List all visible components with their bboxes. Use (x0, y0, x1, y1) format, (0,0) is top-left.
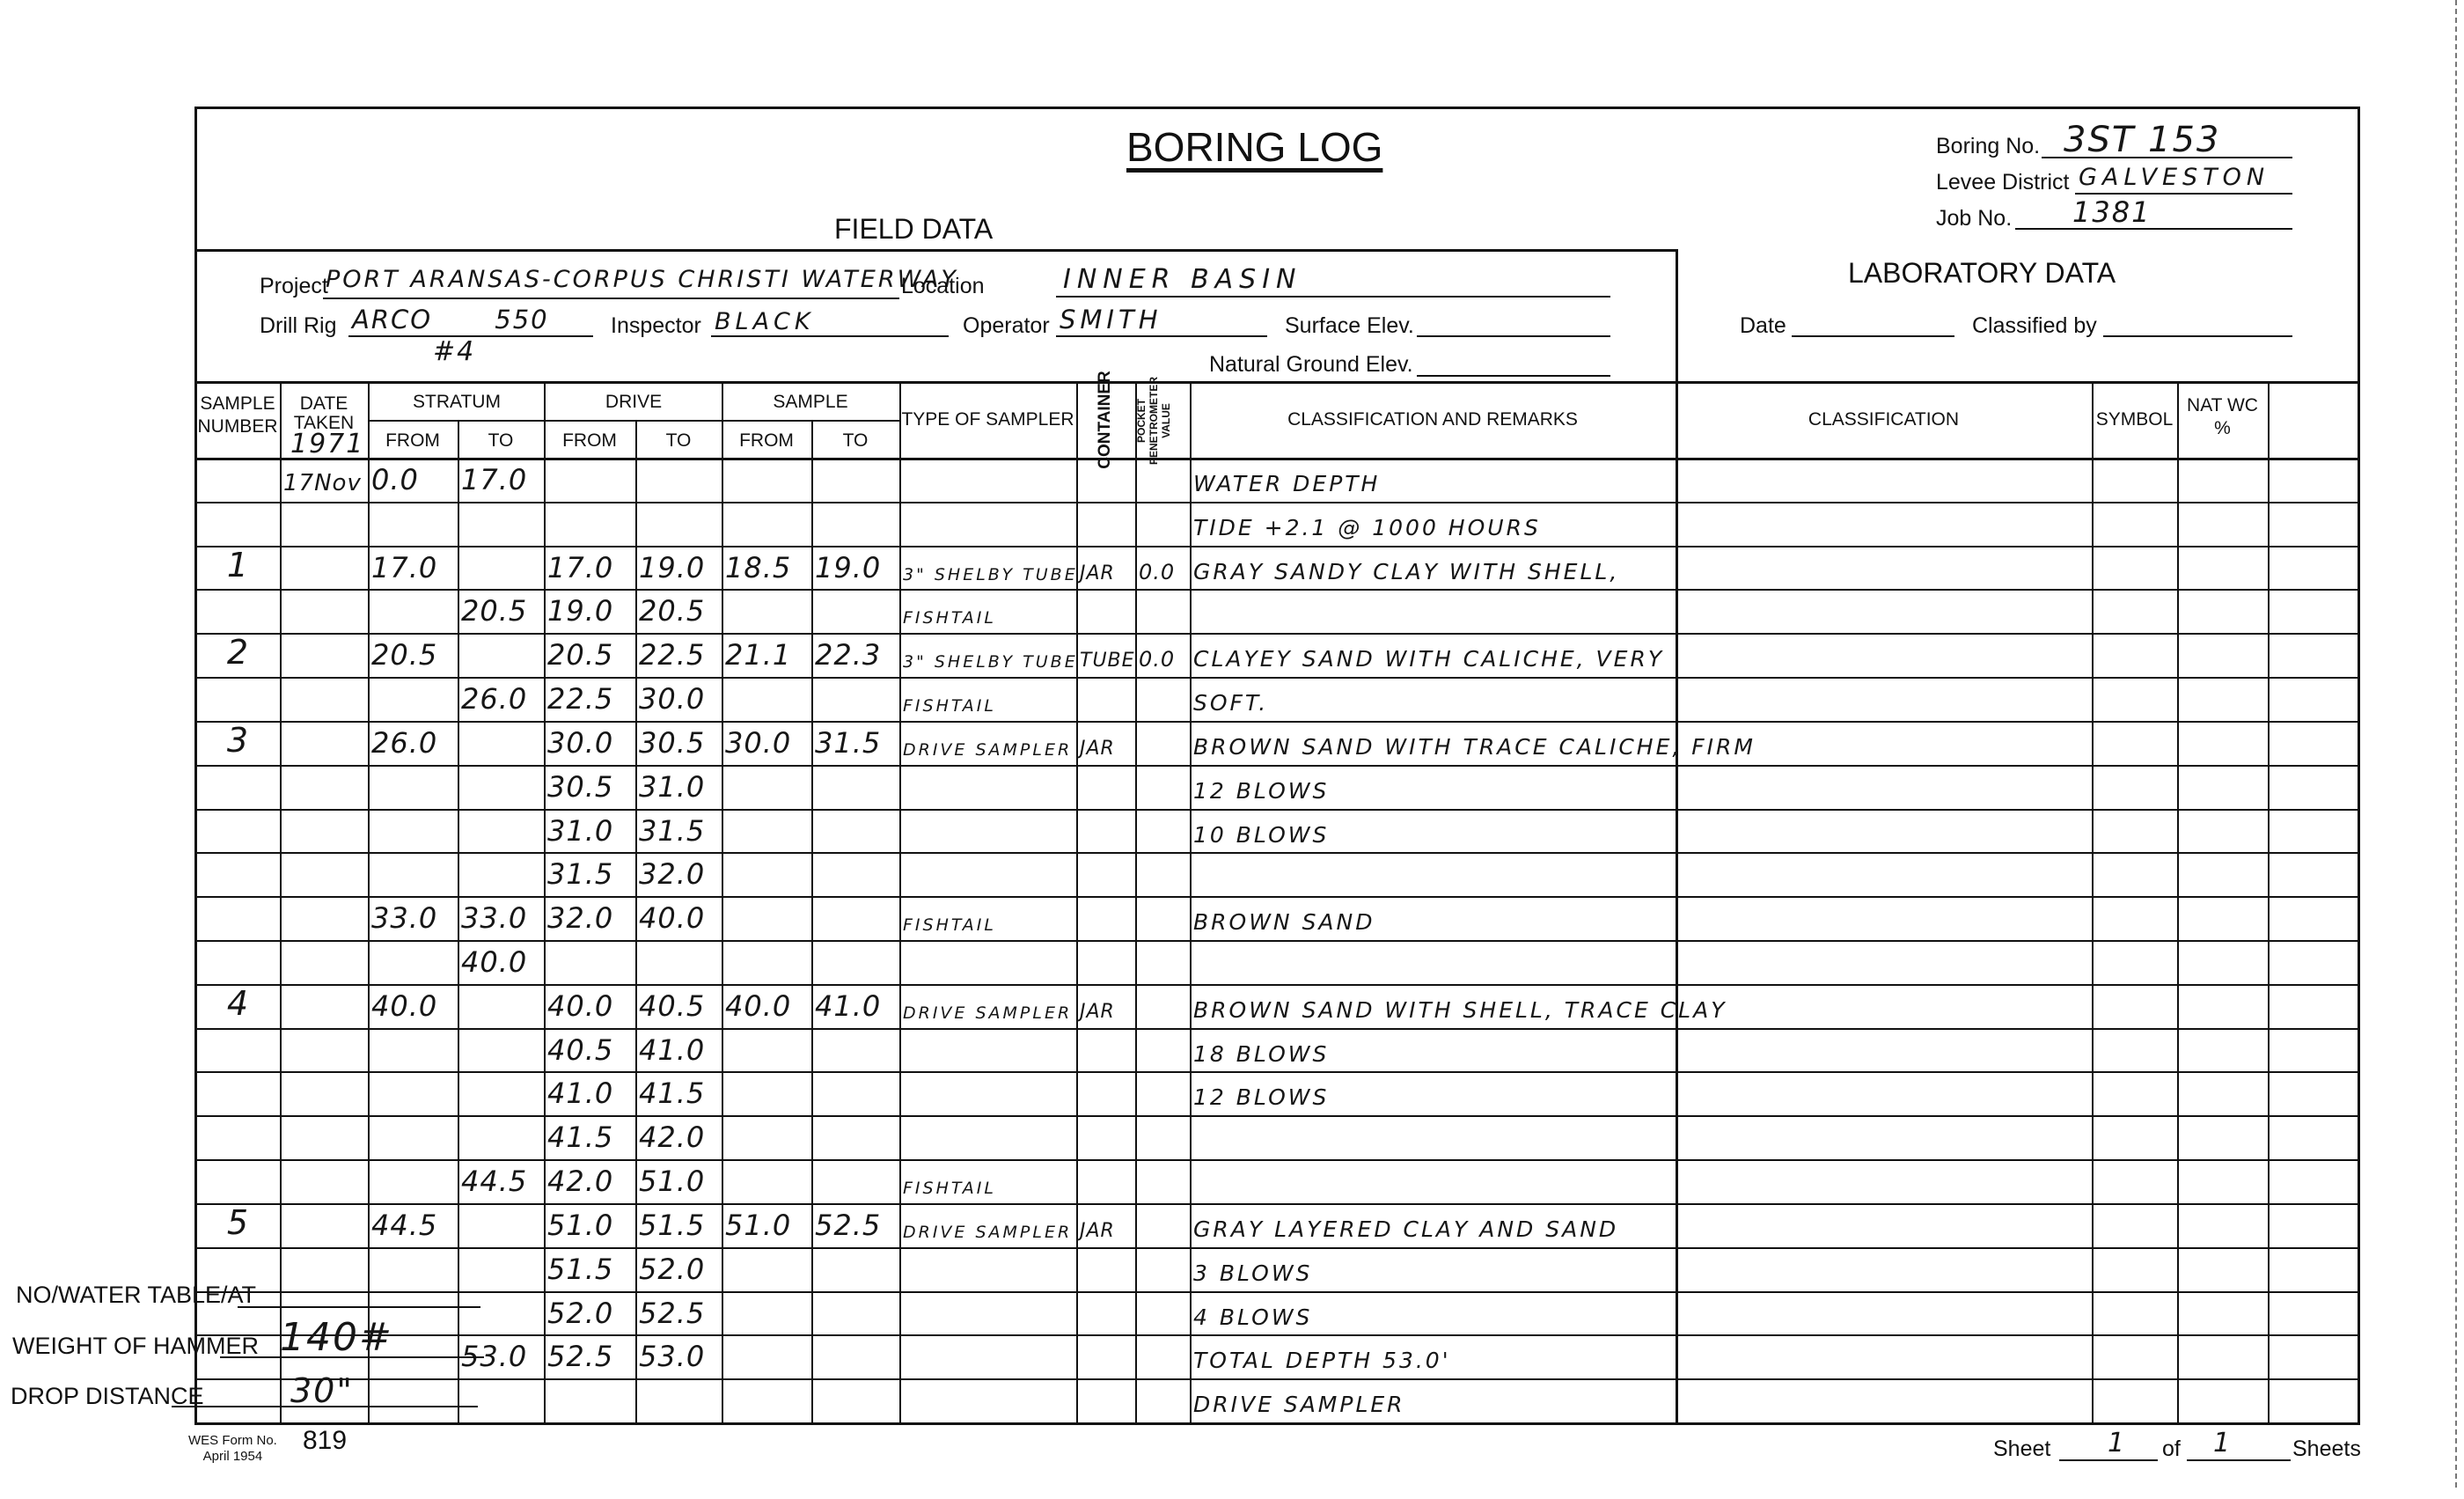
classification-remarks-cell: 10 BLOWS (1193, 809, 1674, 853)
lab-extra-cell (2270, 852, 2357, 896)
sample-number-cell: 1 (198, 546, 278, 590)
container-cell (1080, 765, 1133, 809)
date-taken-cell (283, 502, 366, 546)
classification-remarks-cell (1193, 852, 1674, 896)
sample-to-cell (815, 852, 898, 896)
col-date-taken: DATETAKEN (280, 393, 368, 432)
sample-from-cell (725, 502, 810, 546)
col-classification: CLASSIFICATION (1676, 408, 2092, 431)
boring-no-row: Boring No. (1936, 134, 2040, 159)
sample-to-cell: 22.3 (815, 633, 898, 677)
lab-classification-cell (1678, 765, 2091, 809)
lab-nat-wc-cell (2180, 809, 2267, 853)
date-taken-cell (283, 1115, 366, 1159)
sample-from-cell (725, 1378, 810, 1422)
type-of-sampler-cell (903, 765, 1074, 809)
lab-classification-cell (1678, 1291, 2091, 1335)
stratum-from-cell (371, 502, 456, 546)
drill-rig-value: ARCO 550 (352, 305, 549, 334)
date-taken-cell (283, 940, 366, 984)
lab-classification-cell (1678, 502, 2091, 546)
type-of-sampler-cell (903, 1378, 1074, 1422)
lab-nat-wc-cell (2180, 1028, 2267, 1072)
col-symbol: SYMBOL (2092, 408, 2177, 431)
drive-to-cell: 20.5 (639, 589, 720, 633)
drive-to-cell: 51.0 (639, 1159, 720, 1203)
drive-from-cell: 42.0 (547, 1159, 634, 1203)
lab-symbol-cell (2094, 458, 2176, 502)
drive-from-cell: 30.5 (547, 765, 634, 809)
lab-classification-cell (1678, 940, 2091, 984)
sample-from-cell (725, 1028, 810, 1072)
drill-rig-note: #4 (433, 336, 475, 367)
stratum-to-cell (461, 1115, 542, 1159)
lab-extra-cell (2270, 765, 2357, 809)
sample-from-cell (725, 852, 810, 896)
natural-ground-elev-label: Natural Ground Elev. (1209, 352, 1413, 378)
drive-to-cell: 19.0 (639, 546, 720, 590)
lab-symbol-cell (2094, 721, 2176, 765)
column-divider (899, 381, 901, 1422)
type-of-sampler-cell: DRIVE SAMPLER (903, 984, 1074, 1028)
lab-symbol-cell (2094, 546, 2176, 590)
col-stratum: STRATUM (368, 391, 546, 414)
lab-symbol-cell (2094, 1291, 2176, 1335)
lab-nat-wc-cell (2180, 940, 2267, 984)
drive-from-cell: 17.0 (547, 546, 634, 590)
container-cell: JAR (1080, 1203, 1133, 1247)
container-cell: JAR (1080, 546, 1133, 590)
drop-distance-value: 30" (290, 1371, 354, 1410)
drive-to-cell: 31.5 (639, 809, 720, 853)
stratum-from-cell (371, 1028, 456, 1072)
sample-from-cell: 21.1 (725, 633, 810, 677)
container-cell (1080, 940, 1133, 984)
column-divider (1076, 381, 1078, 1422)
lab-classification-cell (1678, 1334, 2091, 1378)
container-cell: JAR (1080, 984, 1133, 1028)
sheet-no-field[interactable] (2059, 1459, 2158, 1461)
stratum-from-cell (371, 1247, 456, 1291)
classification-remarks-cell: DRIVE SAMPLER (1193, 1378, 1674, 1422)
date-taken-cell (283, 984, 366, 1028)
type-of-sampler-cell: DRIVE SAMPLER (903, 1203, 1074, 1247)
classification-remarks-cell: TIDE +2.1 @ 1000 HOURS (1193, 502, 1674, 546)
lab-nat-wc-cell (2180, 1203, 2267, 1247)
lab-classification-cell (1678, 984, 2091, 1028)
pocket-penetrometer-cell (1139, 809, 1188, 853)
drive-to-cell (639, 940, 720, 984)
container-cell (1080, 677, 1133, 721)
inspector-label: Inspector (611, 313, 701, 339)
sample-number-cell (198, 1378, 278, 1422)
sample-to-cell: 31.5 (815, 721, 898, 765)
stratum-from-cell: 26.0 (371, 721, 456, 765)
pocket-penetrometer-cell (1139, 1291, 1188, 1335)
drive-from-cell: 41.0 (547, 1071, 634, 1115)
lab-nat-wc-cell (2180, 1115, 2267, 1159)
stratum-from-cell (371, 1378, 456, 1422)
sample-to-cell (815, 1247, 898, 1291)
container-cell (1080, 589, 1133, 633)
sample-number-cell (198, 852, 278, 896)
type-of-sampler-cell (903, 1028, 1074, 1072)
levee-district-field[interactable] (2075, 193, 2292, 195)
sample-from-cell (725, 809, 810, 853)
stratum-to-cell (461, 1203, 542, 1247)
levee-district-row: Levee District (1936, 170, 2069, 195)
column-divider (458, 420, 459, 1422)
lab-extra-cell (2270, 1028, 2357, 1072)
drive-from-cell: 51.0 (547, 1203, 634, 1247)
sample-to-cell (815, 1028, 898, 1072)
sample-number-cell (198, 1028, 278, 1072)
lab-classification-cell (1678, 809, 2091, 853)
lab-symbol-cell (2094, 1203, 2176, 1247)
lab-extra-cell (2270, 1247, 2357, 1291)
lab-extra-cell (2270, 633, 2357, 677)
location-value: INNER BASIN (1063, 264, 1302, 295)
container-cell: JAR (1080, 721, 1133, 765)
drive-to-cell: 32.0 (639, 852, 720, 896)
drive-to-cell (639, 502, 720, 546)
pocket-penetrometer-cell (1139, 677, 1188, 721)
stratum-from-cell (371, 852, 456, 896)
location-field[interactable] (1056, 296, 1610, 298)
col-container: CONTAINER (1096, 367, 1115, 473)
date-taken-cell (283, 1203, 366, 1247)
hammer-weight-value: 140# (280, 1315, 393, 1360)
sample-to-cell (815, 1071, 898, 1115)
lab-nat-wc-cell (2180, 1071, 2267, 1115)
lab-classification-cell (1678, 721, 2091, 765)
lab-extra-cell (2270, 677, 2357, 721)
type-of-sampler-cell: FISHTAIL (903, 1159, 1074, 1203)
stratum-to-cell: 40.0 (461, 940, 542, 984)
sample-to-cell (815, 896, 898, 940)
date-taken-cell (283, 1071, 366, 1115)
lab-nat-wc-cell (2180, 852, 2267, 896)
sample-number-cell (198, 765, 278, 809)
lab-classification-cell (1678, 1159, 2091, 1203)
classification-remarks-cell: BROWN SAND WITH TRACE CALICHE, FIRM (1193, 721, 1674, 765)
lab-nat-wc-cell (2180, 721, 2267, 765)
container-cell (1080, 1159, 1133, 1203)
drive-to-cell: 31.0 (639, 765, 720, 809)
sample-from-cell: 30.0 (725, 721, 810, 765)
classification-remarks-cell (1193, 1115, 1674, 1159)
lab-extra-cell (2270, 1071, 2357, 1115)
stratum-to-cell (461, 809, 542, 853)
lab-extra-cell (2270, 984, 2357, 1028)
drive-to-cell: 41.5 (639, 1071, 720, 1115)
stratum-to-cell (461, 633, 542, 677)
date-taken-cell (283, 809, 366, 853)
pocket-penetrometer-cell (1139, 852, 1188, 896)
job-no-field[interactable] (2015, 228, 2292, 230)
date-taken-cell (283, 721, 366, 765)
date-taken-cell (283, 852, 366, 896)
pocket-penetrometer-cell (1139, 1203, 1188, 1247)
project-field[interactable] (323, 298, 899, 299)
lab-nat-wc-cell (2180, 458, 2267, 502)
type-of-sampler-cell (903, 1247, 1074, 1291)
stratum-to-cell: 33.0 (461, 896, 542, 940)
lab-nat-wc-cell (2180, 1159, 2267, 1203)
column-divider (280, 381, 282, 1422)
stratum-to-cell (461, 1378, 542, 1422)
levee-district-label: Levee District (1936, 170, 2069, 195)
column-divider (1135, 381, 1137, 1422)
lab-nat-wc-cell (2180, 896, 2267, 940)
type-of-sampler-cell (903, 940, 1074, 984)
page-title: BORING LOG (1126, 123, 1382, 171)
lab-extra-cell (2270, 546, 2357, 590)
lab-date-field[interactable] (1792, 335, 1954, 337)
column-divider (1190, 381, 1192, 1422)
drill-rig-label: Drill Rig (260, 313, 337, 339)
sample-to-cell (815, 1334, 898, 1378)
form-number: 819 (303, 1426, 347, 1456)
classified-by-label: Classified by (1972, 313, 2097, 339)
column-divider (2268, 381, 2270, 1422)
pocket-penetrometer-cell (1139, 1378, 1188, 1422)
container-cell (1080, 502, 1133, 546)
stratum-from-cell (371, 765, 456, 809)
stratum-from-cell: 20.5 (371, 633, 456, 677)
levee-district-value: GALVESTON (2079, 164, 2270, 191)
lab-extra-cell (2270, 940, 2357, 984)
stratum-from-cell (371, 809, 456, 853)
column-divider (544, 381, 546, 1422)
stratum-to-cell (461, 852, 542, 896)
sample-number-cell (198, 458, 278, 502)
form-label: WES Form No. (188, 1433, 277, 1449)
stratum-from-cell (371, 940, 456, 984)
col-sample-number: SAMPLENUMBER (195, 393, 280, 439)
pocket-penetrometer-cell (1139, 1115, 1188, 1159)
container-cell (1080, 1291, 1133, 1335)
lab-nat-wc-cell (2180, 984, 2267, 1028)
type-of-sampler-cell: 3" SHELBY TUBE (903, 546, 1074, 590)
lab-symbol-cell (2094, 1247, 2176, 1291)
stratum-to-cell (461, 546, 542, 590)
stratum-from-cell (371, 1071, 456, 1115)
year-value: 1971 (290, 429, 364, 459)
lab-classification-cell (1678, 1028, 2091, 1072)
col-stratum-to: TO (458, 430, 544, 452)
drive-from-cell: 40.0 (547, 984, 634, 1028)
container-cell (1080, 1334, 1133, 1378)
operator-label: Operator (963, 313, 1050, 339)
lab-extra-cell (2270, 1115, 2357, 1159)
drive-to-cell: 30.0 (639, 677, 720, 721)
stratum-to-cell: 26.0 (461, 677, 542, 721)
sample-number-cell (198, 809, 278, 853)
date-taken-cell (283, 765, 366, 809)
classification-remarks-cell: SOFT. (1193, 677, 1674, 721)
column-divider (811, 420, 813, 1422)
sample-number-cell: 3 (198, 721, 278, 765)
sample-number-cell (198, 1071, 278, 1115)
classification-remarks-cell: 12 BLOWS (1193, 1071, 1674, 1115)
lab-classification-cell (1678, 1247, 2091, 1291)
lab-classification-cell (1678, 896, 2091, 940)
drive-to-cell (639, 1378, 720, 1422)
sample-from-cell (725, 896, 810, 940)
drive-to-cell (639, 458, 720, 502)
operator-field[interactable] (1056, 335, 1267, 337)
stratum-from-cell: 40.0 (371, 984, 456, 1028)
field-data-title: FIELD DATA (834, 213, 993, 246)
lab-symbol-cell (2094, 984, 2176, 1028)
classification-remarks-cell (1193, 589, 1674, 633)
col-sample: SAMPLE (722, 391, 899, 414)
sheet-total-field[interactable] (2187, 1459, 2291, 1461)
classification-remarks-cell: GRAY LAYERED CLAY AND SAND (1193, 1203, 1674, 1247)
type-of-sampler-cell (903, 1334, 1074, 1378)
container-cell (1080, 1071, 1133, 1115)
water-table-field[interactable] (238, 1306, 480, 1308)
pocket-penetrometer-cell (1139, 502, 1188, 546)
stratum-from-cell (371, 1115, 456, 1159)
lab-extra-cell (2270, 589, 2357, 633)
classification-remarks-cell: TOTAL DEPTH 53.0' (1193, 1334, 1674, 1378)
sample-to-cell (815, 1291, 898, 1335)
drive-from-cell (547, 1378, 634, 1422)
column-divider (722, 381, 723, 1422)
column-divider (2092, 381, 2094, 1422)
container-cell (1080, 852, 1133, 896)
date-taken-cell (283, 1159, 366, 1203)
stratum-to-cell (461, 502, 542, 546)
drive-to-cell: 42.0 (639, 1115, 720, 1159)
form-date: April 1954 (188, 1449, 277, 1465)
drive-from-cell: 31.0 (547, 809, 634, 853)
sample-to-cell: 41.0 (815, 984, 898, 1028)
drive-to-cell: 40.5 (639, 984, 720, 1028)
container-cell: TUBE (1080, 633, 1133, 677)
stratum-to-cell: 44.5 (461, 1159, 542, 1203)
pocket-penetrometer-cell (1139, 765, 1188, 809)
lab-symbol-cell (2094, 852, 2176, 896)
sample-from-cell (725, 1247, 810, 1291)
classified-by-field[interactable] (2103, 335, 2292, 337)
water-table-label: NO/WATER TABLE/AT (16, 1282, 256, 1309)
type-of-sampler-cell (903, 1071, 1074, 1115)
classification-remarks-cell: 4 BLOWS (1193, 1291, 1674, 1335)
lab-classification-cell (1678, 852, 2091, 896)
pocket-penetrometer-cell (1139, 1071, 1188, 1115)
classification-remarks-cell: BROWN SAND (1193, 896, 1674, 940)
stratum-to-cell (461, 1071, 542, 1115)
lab-symbol-cell (2094, 589, 2176, 633)
drive-from-cell: 31.5 (547, 852, 634, 896)
date-taken-cell (283, 677, 366, 721)
job-no-row: Job No. (1936, 206, 2012, 231)
lab-symbol-cell (2094, 1028, 2176, 1072)
lab-extra-cell (2270, 1203, 2357, 1247)
sample-number-cell: 5 (198, 1203, 278, 1247)
container-cell (1080, 1378, 1133, 1422)
sample-from-cell: 18.5 (725, 546, 810, 590)
sample-to-cell (815, 458, 898, 502)
lab-nat-wc-cell (2180, 677, 2267, 721)
drive-from-cell: 22.5 (547, 677, 634, 721)
col-sample-to: TO (811, 430, 899, 452)
sample-from-cell (725, 1334, 810, 1378)
stratum-to-cell (461, 984, 542, 1028)
drive-to-cell: 22.5 (639, 633, 720, 677)
natural-ground-elev-field[interactable] (1417, 375, 1610, 377)
col-type-of-sampler: TYPE OF SAMPLER (899, 408, 1076, 431)
lab-extra-cell (2270, 1334, 2357, 1378)
date-taken-cell (283, 1247, 366, 1291)
lab-nat-wc-cell (2180, 1378, 2267, 1422)
classification-remarks-cell: BROWN SAND WITH SHELL, TRACE CLAY (1193, 984, 1674, 1028)
laboratory-data-title: LABORATORY DATA (1848, 257, 2116, 290)
lab-extra-cell (2270, 721, 2357, 765)
drive-from-cell: 32.0 (547, 896, 634, 940)
type-of-sampler-cell (903, 502, 1074, 546)
lab-symbol-cell (2094, 765, 2176, 809)
sheets-label: Sheets (2292, 1437, 2361, 1462)
lab-symbol-cell (2094, 1115, 2176, 1159)
lab-classification-cell (1678, 633, 2091, 677)
sample-number-cell (198, 589, 278, 633)
lab-classification-cell (1678, 546, 2091, 590)
sheet-no-value: 1 (2108, 1428, 2126, 1459)
lab-extra-cell (2270, 1159, 2357, 1203)
drive-to-cell: 51.5 (639, 1203, 720, 1247)
inspector-field[interactable] (711, 335, 949, 337)
type-of-sampler-cell: 3" SHELBY TUBE (903, 633, 1074, 677)
stratum-to-cell (461, 1291, 542, 1335)
lab-date-label: Date (1740, 313, 1786, 339)
drive-to-cell: 40.0 (639, 896, 720, 940)
drive-from-cell: 30.0 (547, 721, 634, 765)
sample-to-cell (815, 1378, 898, 1422)
lab-symbol-cell (2094, 1334, 2176, 1378)
stratum-from-cell: 17.0 (371, 546, 456, 590)
sample-from-cell (725, 940, 810, 984)
stratum-to-cell: 20.5 (461, 589, 542, 633)
lab-nat-wc-cell (2180, 633, 2267, 677)
drive-from-cell: 40.5 (547, 1028, 634, 1072)
type-of-sampler-cell: FISHTAIL (903, 589, 1074, 633)
stratum-from-cell (371, 677, 456, 721)
sample-from-cell: 40.0 (725, 984, 810, 1028)
sample-to-cell (815, 677, 898, 721)
classification-remarks-cell: WATER DEPTH (1193, 458, 1674, 502)
classification-remarks-cell: CLAYEY SAND WITH CALICHE, VERY (1193, 633, 1674, 677)
surface-elev-field[interactable] (1417, 335, 1610, 337)
sample-from-cell (725, 1071, 810, 1115)
col-drive: DRIVE (544, 391, 723, 414)
type-of-sampler-cell (903, 1291, 1074, 1335)
form-info: WES Form No. April 1954 (188, 1433, 277, 1465)
lab-classification-cell (1678, 677, 2091, 721)
stratum-to-cell (461, 721, 542, 765)
lab-extra-cell (2270, 502, 2357, 546)
lab-symbol-cell (2094, 677, 2176, 721)
pocket-penetrometer-cell (1139, 721, 1188, 765)
sample-from-cell (725, 1115, 810, 1159)
pocket-penetrometer-cell (1139, 1028, 1188, 1072)
stratum-from-cell (371, 1159, 456, 1203)
col-nat-wc: NAT WC% (2177, 394, 2268, 441)
lab-nat-wc-cell (2180, 502, 2267, 546)
